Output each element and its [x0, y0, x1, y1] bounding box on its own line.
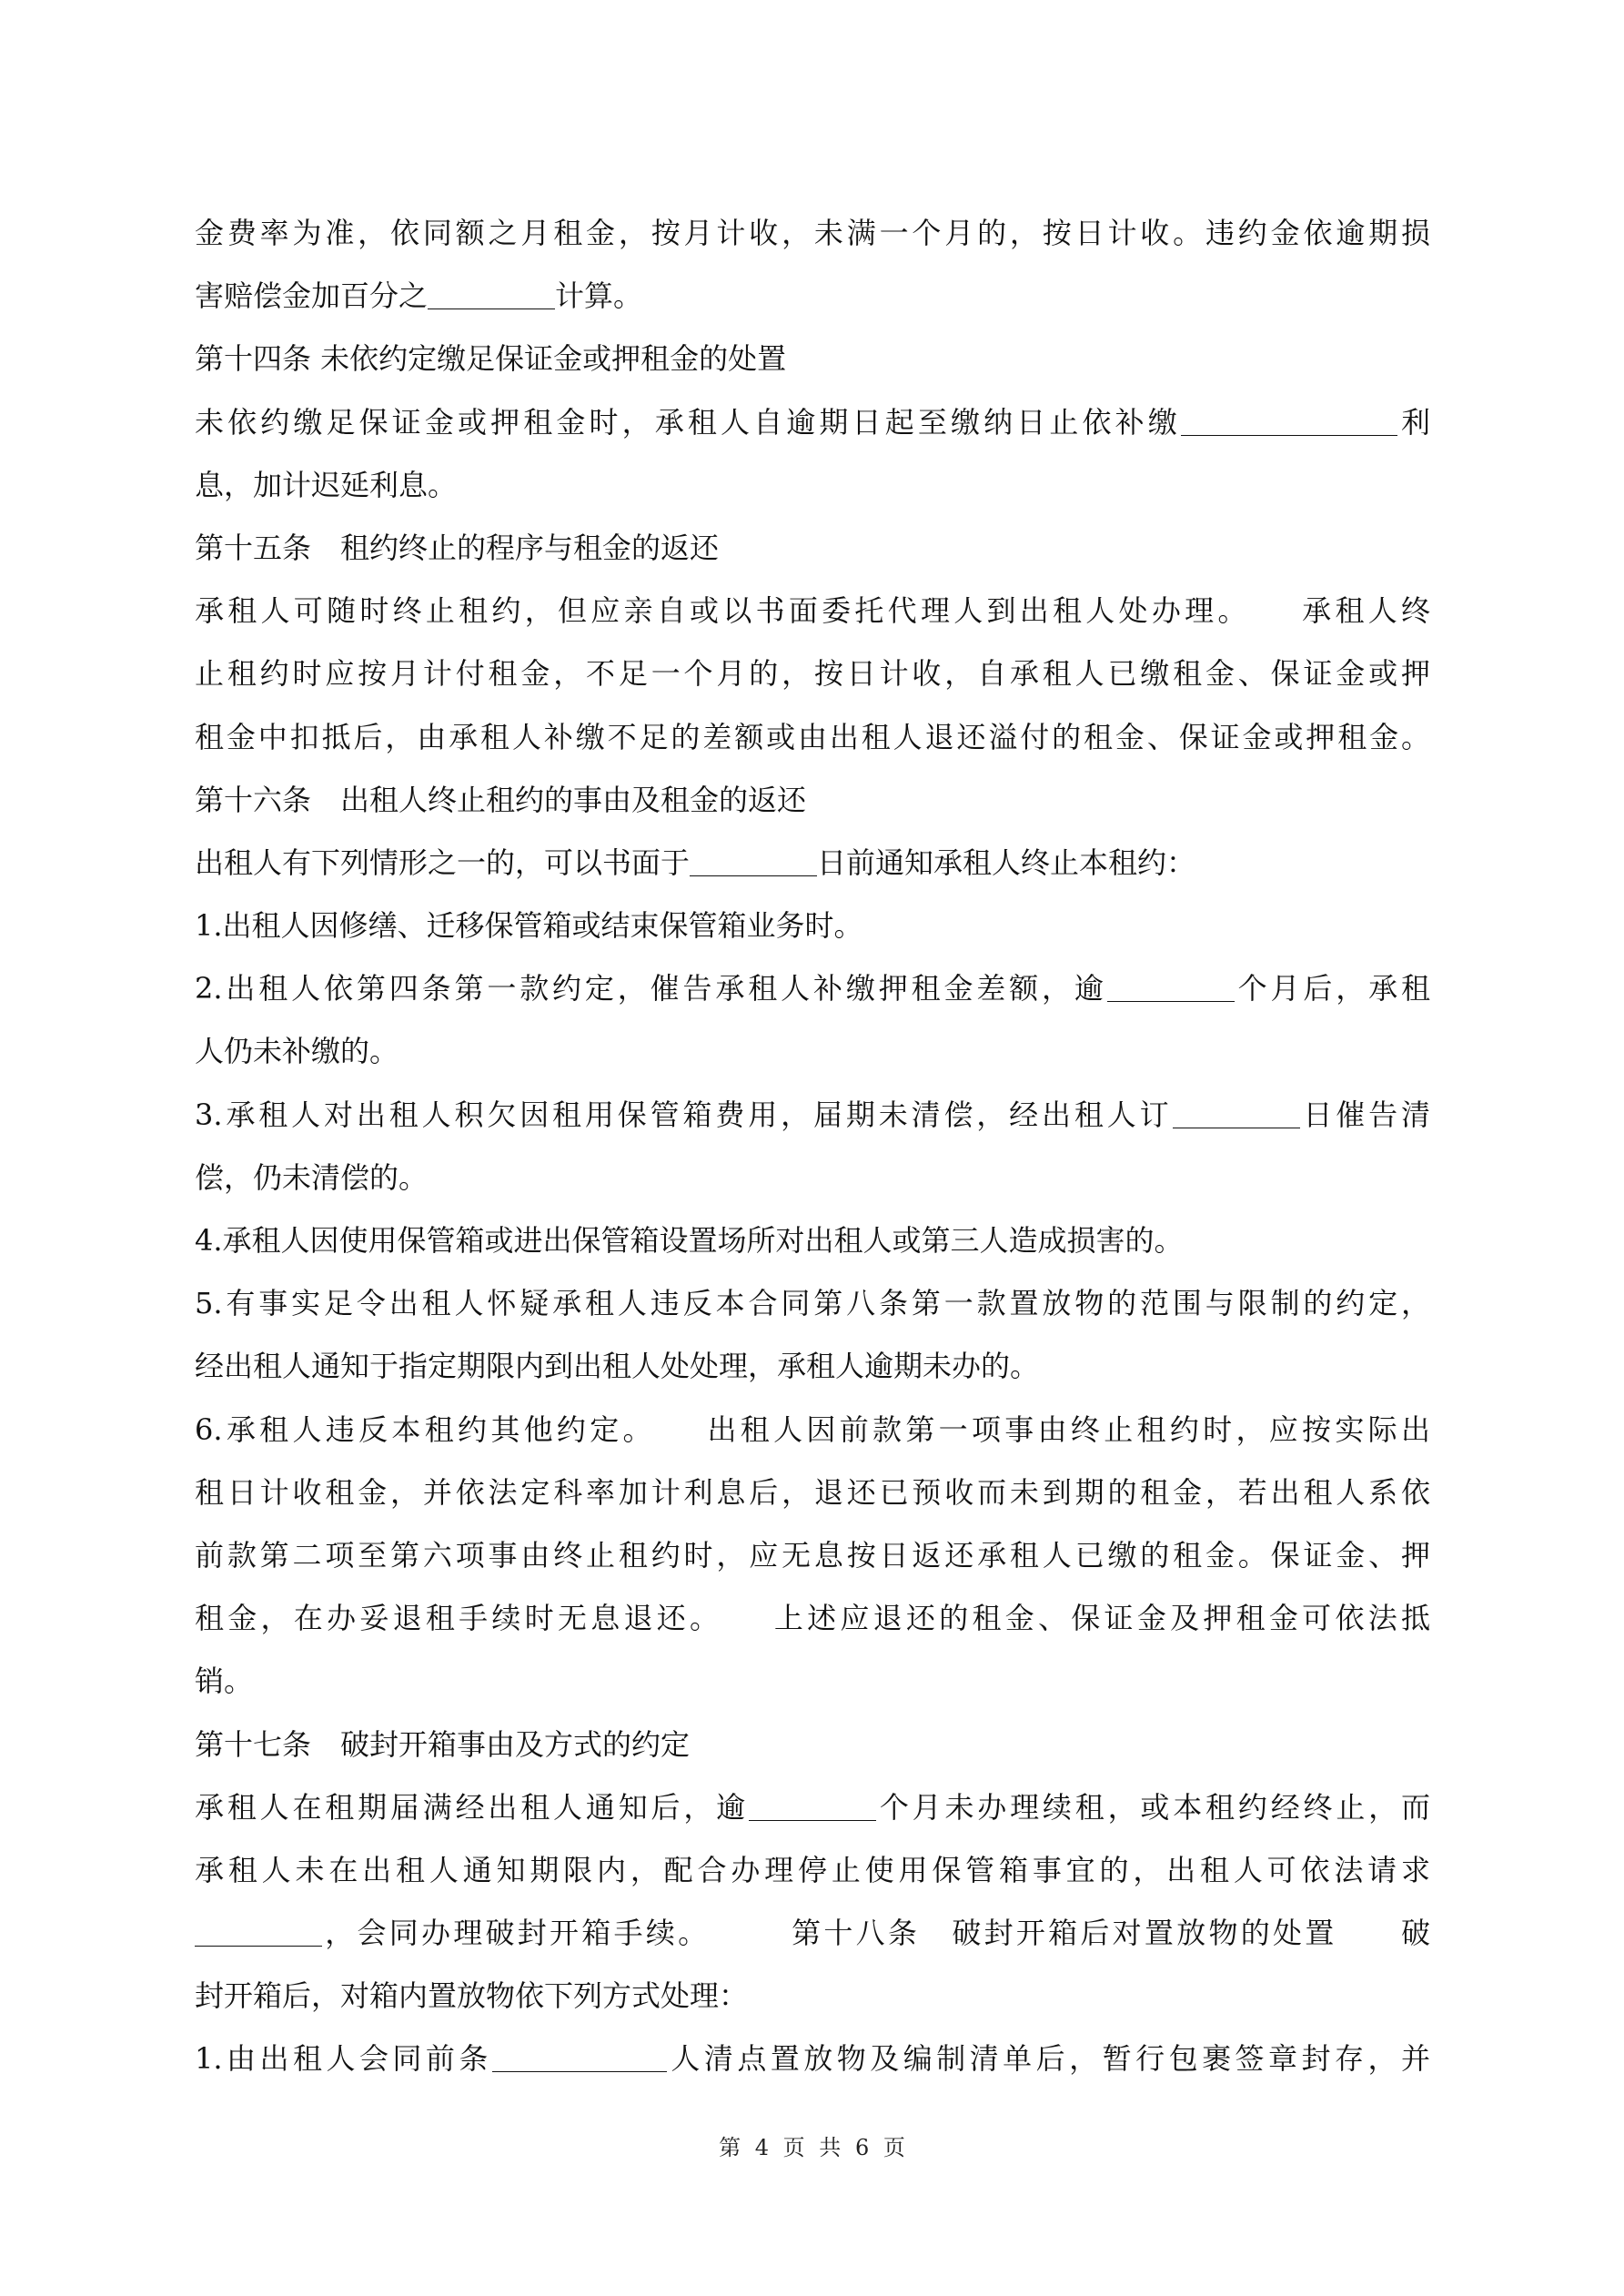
document-line: 承租人未在出租人通知期限内，配合办理停止使用保管箱事宜的，出租人可依法请求	[195, 1839, 1430, 1902]
page-number-label: 第 4 页 共 6 页	[719, 2135, 905, 2160]
line-text: 1.由出租人会同前条	[195, 2041, 492, 2076]
line-text: 经出租人通知于指定期限内到出租人处处理，承租人逾期未办的。	[195, 1349, 1039, 1383]
document-line: 2.出租人依第四条第一款约定，催告承租人补缴押租金差额，逾个月后，承租	[195, 957, 1430, 1020]
document-line: 租日计收租金，并依法定科率加计利息后，退还已预收而未到期的租金，若出租人系依	[195, 1462, 1430, 1524]
fill-in-blank	[1173, 1100, 1300, 1128]
line-text: 出租人有下列情形之一的，可以书面于	[195, 845, 690, 880]
document-line: 息，加计迟延利息。	[195, 454, 1430, 517]
line-text: ，会同办理破封开箱手续。 第十八条 破封开箱后对置放物的处置 破	[322, 1916, 1430, 1950]
line-text: 3.承租人对出租人积欠因租用保管箱费用，届期未清偿，经出租人订	[195, 1097, 1173, 1132]
page-footer: 第 4 页 共 6 页	[0, 2129, 1624, 2161]
line-text: 人清点置放物及编制清单后，暂行包裹签章封存，并	[667, 2041, 1430, 2076]
document-line: 销。	[195, 1650, 1430, 1713]
line-text: 害赔偿金加百分之	[195, 278, 428, 313]
document-line: 封开箱后，对箱内置放物依下列方式处理：	[195, 1965, 1430, 2028]
line-text: 承租人在租期届满经出租人通知后，逾	[195, 1790, 749, 1825]
fill-in-blank	[1107, 974, 1235, 1002]
fill-in-blank	[492, 2044, 667, 2072]
fill-in-blank	[749, 1793, 876, 1821]
document-line: 租金，在办妥退租手续时无息退还。 上述应退还的租金、保证金及押租金可依法抵	[195, 1587, 1430, 1650]
line-text: 5.有事实足令出租人怀疑承租人违反本合同第八条第一款置放物的范围与限制的约定，	[195, 1286, 1430, 1320]
document-line: 6.承租人违反本租约其他约定。 出租人因前款第一项事由终止租约时，应按实际出	[195, 1399, 1430, 1462]
line-text: 承租人可随时终止租约，但应亲自或以书面委托代理人到出租人处办理。 承租人终	[195, 593, 1430, 628]
fill-in-blank	[195, 1918, 322, 1947]
fill-in-blank	[690, 848, 817, 876]
line-text: 租金，在办妥退租手续时无息退还。 上述应退还的租金、保证金及押租金可依法抵	[195, 1601, 1430, 1635]
line-text: 息，加计迟延利息。	[195, 468, 457, 502]
document-line: 第十六条 出租人终止租约的事由及租金的返还	[195, 769, 1430, 832]
fill-in-blank	[428, 281, 555, 309]
line-text: 日前通知承租人终止本租约：	[817, 845, 1195, 880]
document-line: 经出租人通知于指定期限内到出租人处处理，承租人逾期未办的。	[195, 1335, 1430, 1398]
line-text: 封开箱后，对箱内置放物依下列方式处理：	[195, 1978, 748, 2013]
document-line: 第十四条 未依约定缴足保证金或押租金的处置	[195, 328, 1430, 390]
document-line: 5.有事实足令出租人怀疑承租人违反本合同第八条第一款置放物的范围与限制的约定，	[195, 1272, 1430, 1335]
document-line: 1.由出租人会同前条人清点置放物及编制清单后，暂行包裹签章封存，并	[195, 2028, 1430, 2090]
line-text: 偿，仍未清偿的。	[195, 1160, 428, 1195]
line-text: 个月未办理续租，或本租约经终止，而	[876, 1790, 1430, 1825]
line-text: 未依约缴足保证金或押租金时，承租人自逾期日起至缴纳日止依补缴	[195, 405, 1181, 440]
document-line: 偿，仍未清偿的。	[195, 1147, 1430, 1209]
document-line: 第十七条 破封开箱事由及方式的约定	[195, 1714, 1430, 1776]
line-text: 金费率为准，依同额之月租金，按月计收，未满一个月的，按日计收。违约金依逾期损	[195, 216, 1430, 250]
fill-in-blank	[1181, 408, 1397, 436]
document-line: 害赔偿金加百分之计算。	[195, 265, 1430, 328]
document-body: 金费率为准，依同额之月租金，按月计收，未满一个月的，按日计收。违约金依逾期损害赔…	[195, 202, 1430, 2091]
line-text: 2.出租人依第四条第一款约定，催告承租人补缴押租金差额，逾	[195, 971, 1107, 1006]
document-line: ，会同办理破封开箱手续。 第十八条 破封开箱后对置放物的处置 破	[195, 1902, 1430, 1965]
line-text: 人仍未补缴的。	[195, 1034, 398, 1068]
line-text: 第十七条 破封开箱事由及方式的约定	[195, 1727, 690, 1762]
line-text: 承租人未在出租人通知期限内，配合办理停止使用保管箱事宜的，出租人可依法请求	[195, 1853, 1430, 1887]
document-line: 4.承租人因使用保管箱或进出保管箱设置场所对出租人或第三人造成损害的。	[195, 1209, 1430, 1272]
document-line: 第十五条 租约终止的程序与租金的返还	[195, 517, 1430, 580]
document-line: 出租人有下列情形之一的，可以书面于日前通知承租人终止本租约：	[195, 832, 1430, 895]
line-text: 租金中扣抵后，由承租人补缴不足的差额或由出租人退还溢付的租金、保证金或押租金。	[195, 720, 1430, 754]
line-text: 第十五条 租约终止的程序与租金的返还	[195, 531, 719, 565]
line-text: 1.出租人因修缮、迁移保管箱或结束保管箱业务时。	[195, 908, 863, 943]
line-text: 租日计收租金，并依法定科率加计利息后，退还已预收而未到期的租金，若出租人系依	[195, 1475, 1430, 1510]
line-text: 日催告清	[1300, 1097, 1430, 1132]
line-text: 利	[1397, 405, 1430, 440]
line-text: 个月后，承租	[1235, 971, 1430, 1006]
document-line: 承租人在租期届满经出租人通知后，逾个月未办理续租，或本租约经终止，而	[195, 1776, 1430, 1839]
line-text: 前款第二项至第六项事由终止租约时，应无息按日返还承租人已缴的租金。保证金、押	[195, 1538, 1430, 1573]
line-text: 止租约时应按月计付租金，不足一个月的，按日计收，自承租人已缴租金、保证金或押	[195, 656, 1430, 691]
document-line: 止租约时应按月计付租金，不足一个月的，按日计收，自承租人已缴租金、保证金或押	[195, 642, 1430, 705]
line-text: 第十四条 未依约定缴足保证金或押租金的处置	[195, 341, 786, 376]
document-line: 金费率为准，依同额之月租金，按月计收，未满一个月的，按日计收。违约金依逾期损	[195, 202, 1430, 265]
line-text: 计算。	[555, 278, 642, 313]
document-line: 租金中扣抵后，由承租人补缴不足的差额或由出租人退还溢付的租金、保证金或押租金。	[195, 706, 1430, 769]
document-line: 承租人可随时终止租约，但应亲自或以书面委托代理人到出租人处办理。 承租人终	[195, 580, 1430, 642]
document-line: 前款第二项至第六项事由终止租约时，应无息按日返还承租人已缴的租金。保证金、押	[195, 1524, 1430, 1587]
document-line: 人仍未补缴的。	[195, 1020, 1430, 1083]
document-line: 3.承租人对出租人积欠因租用保管箱费用，届期未清偿，经出租人订日催告清	[195, 1084, 1430, 1147]
line-text: 销。	[195, 1664, 253, 1698]
line-text: 第十六条 出租人终止租约的事由及租金的返还	[195, 783, 806, 817]
line-text: 4.承租人因使用保管箱或进出保管箱设置场所对出租人或第三人造成损害的。	[195, 1223, 1184, 1258]
line-text: 6.承租人违反本租约其他约定。 出租人因前款第一项事由终止租约时，应按实际出	[195, 1412, 1430, 1447]
document-line: 1.出租人因修缮、迁移保管箱或结束保管箱业务时。	[195, 895, 1430, 957]
document-line: 未依约缴足保证金或押租金时，承租人自逾期日起至缴纳日止依补缴利	[195, 391, 1430, 454]
